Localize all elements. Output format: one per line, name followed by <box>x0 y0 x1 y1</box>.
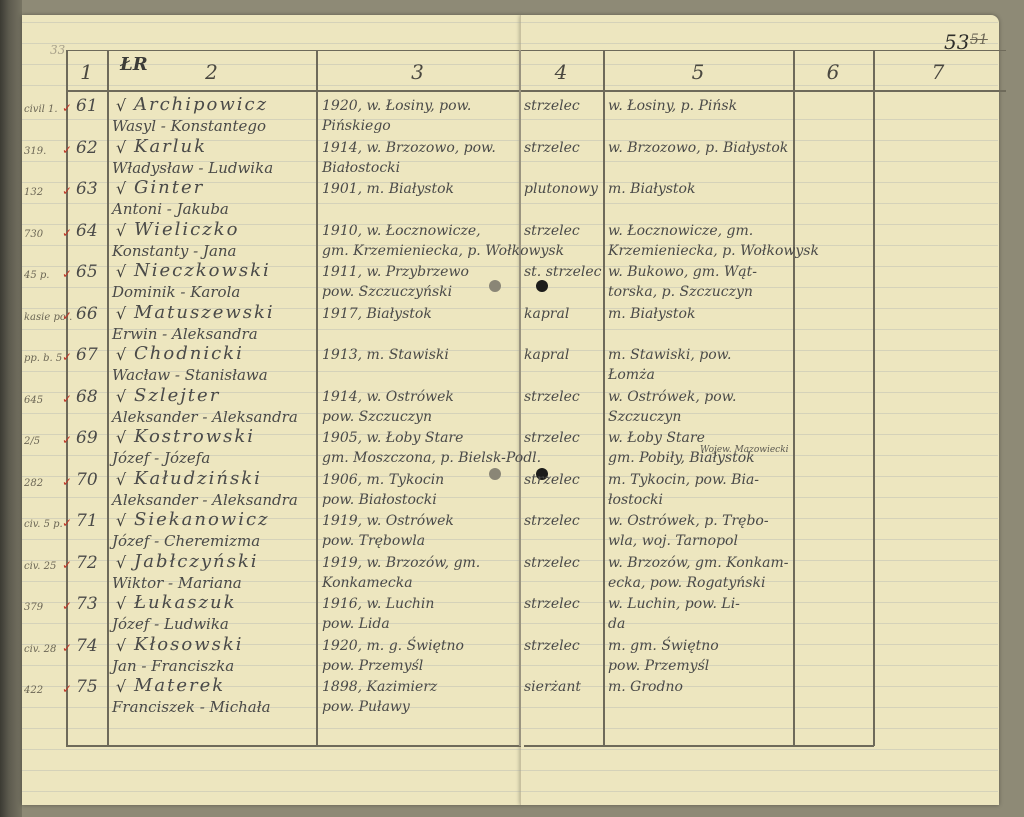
col-divider <box>793 50 795 746</box>
punch-hole <box>489 468 501 480</box>
table-bottom-rule-right <box>524 745 874 747</box>
entry-number: 64 <box>76 221 98 241</box>
surname: Matuszewski <box>134 303 275 323</box>
military-rank: kapral <box>524 345 569 365</box>
checkmark-icon: √ <box>116 96 126 116</box>
birth-year-place: 1906, m. Tykocin <box>322 470 444 490</box>
address-line-2: wla, woj. Tarnopol <box>608 531 738 551</box>
surname: Siekanowicz <box>134 510 270 530</box>
address-line-1: w. Brzozowo, p. Białystok <box>608 138 788 158</box>
birth-year-place: 1901, m. Białystok <box>322 179 454 199</box>
address-line-1: w. Brzozów, gm. Konkam- <box>608 553 789 573</box>
birth-year-place: 1916, w. Luchin <box>322 594 434 614</box>
col-divider <box>316 50 318 746</box>
address-line-1: m. gm. Świętno <box>608 636 719 656</box>
birth-year-place: 1914, w. Brzozowo, pow. <box>322 138 496 158</box>
birth-year-place: 1920, w. Łosiny, pow. <box>322 96 471 116</box>
birth-district: pow. Przemyśl <box>322 656 423 676</box>
register-annotation: pp. b. 5 <box>24 349 62 369</box>
column-header-2: 2 <box>107 60 316 84</box>
red-tick-icon: ✓ <box>62 430 72 450</box>
address-line-2: łostocki <box>608 490 663 510</box>
military-rank: strzelec <box>524 387 580 407</box>
checkmark-icon: √ <box>116 387 126 407</box>
checkmark-icon: √ <box>116 470 126 490</box>
address-line-2: ecka, pow. Rogatyński <box>608 573 765 593</box>
annotation-superscript: Wojew. Mazowiecki <box>700 440 789 460</box>
address-line-2: Szczuczyn <box>608 407 681 427</box>
column-header-6: 6 <box>793 60 873 84</box>
given-and-father-name: Wasyl - Konstantego <box>112 116 266 136</box>
punch-hole <box>489 280 501 292</box>
birth-district: pow. Białostocki <box>322 490 437 510</box>
red-tick-icon: ✓ <box>62 679 72 699</box>
red-tick-icon: ✓ <box>62 223 72 243</box>
address-line-1: w. Łocznowicze, gm. <box>608 221 753 241</box>
checkmark-icon: √ <box>116 428 126 448</box>
register-annotation: 422 <box>24 681 43 701</box>
birth-year-place: 1919, w. Brzozów, gm. <box>322 553 480 573</box>
surname: Jabłczyński <box>134 552 259 572</box>
address-line-2: Łomża <box>608 365 655 385</box>
birth-year-place: 1914, w. Ostrówek <box>322 387 454 407</box>
address-line-1: m. Białystok <box>608 304 695 324</box>
military-rank: kapral <box>524 304 569 324</box>
checkmark-icon: √ <box>116 677 126 697</box>
birth-district: pow. Szczuczyński <box>322 282 452 302</box>
register-annotation: civ. 28 <box>24 640 56 660</box>
checkmark-icon: √ <box>116 179 126 199</box>
checkmark-icon: √ <box>116 345 126 365</box>
address-line-2: torska, p. Szczuczyn <box>608 282 753 302</box>
address-line-1: m. Stawiski, pow. <box>608 345 731 365</box>
birth-district: Białostocki <box>322 158 400 178</box>
register-annotation: 132 <box>24 183 43 203</box>
entry-number: 69 <box>76 428 98 448</box>
military-rank: strzelec <box>524 636 580 656</box>
military-rank: plutonowy <box>524 179 598 199</box>
address-line-2: da <box>608 614 625 634</box>
birth-year-place: 1911, w. Przybrzewo <box>322 262 469 282</box>
entry-number: 71 <box>76 511 98 531</box>
address-line-2: pow. Przemyśl <box>608 656 709 676</box>
birth-district: gm. Moszczona, p. Bielsk-Podl. <box>322 448 541 468</box>
checkmark-icon: √ <box>116 138 126 158</box>
military-rank: sierżant <box>524 677 581 697</box>
register-annotation: 2/5 <box>24 432 40 452</box>
given-and-father-name: Dominik - Karola <box>112 282 240 302</box>
red-tick-icon: ✓ <box>62 347 72 367</box>
given-and-father-name: Aleksander - Aleksandra <box>112 490 298 510</box>
red-tick-icon: ✓ <box>62 513 72 533</box>
surname: Archipowicz <box>134 95 268 115</box>
given-and-father-name: Aleksander - Aleksandra <box>112 407 298 427</box>
surname: Łukaszuk <box>134 593 237 613</box>
register-annotation: civil 1. <box>24 100 58 120</box>
entry-number: 66 <box>76 304 98 324</box>
register-annotation: 319. <box>24 142 46 162</box>
military-rank: strzelec <box>524 138 580 158</box>
register-annotation: civ. 5 p. <box>24 515 63 535</box>
checkmark-icon: √ <box>116 221 126 241</box>
entry-number: 72 <box>76 553 98 573</box>
register-annotation: 379 <box>24 598 43 618</box>
given-and-father-name: Józef - Cheremizma <box>112 531 260 551</box>
column-header-3: 3 <box>316 60 519 84</box>
given-and-father-name: Józef - Ludwika <box>112 614 229 634</box>
birth-year-place: 1920, m. g. Świętno <box>322 636 464 656</box>
address-line-1: w. Ostrówek, pow. <box>608 387 736 407</box>
table-bottom-rule-left <box>66 745 521 747</box>
checkmark-icon: √ <box>116 511 126 531</box>
military-rank: strzelec <box>524 511 580 531</box>
given-and-father-name: Wacław - Stanisława <box>112 365 268 385</box>
given-and-father-name: Józef - Józefa <box>112 448 210 468</box>
military-rank: strzelec <box>524 553 580 573</box>
red-tick-icon: ✓ <box>62 264 72 284</box>
surname: Kłosowski <box>134 635 244 655</box>
military-rank: strzelec <box>524 221 580 241</box>
entry-number: 74 <box>76 636 98 656</box>
birth-district: pow. Lida <box>322 614 390 634</box>
register-annotation: civ. 25 <box>24 557 56 577</box>
faint-corner-mark: 33 <box>50 40 65 60</box>
address-line-1: m. Grodno <box>608 677 683 697</box>
entry-number: 65 <box>76 262 98 282</box>
given-and-father-name: Konstanty - Jana <box>112 241 237 261</box>
military-rank: strzelec <box>524 594 580 614</box>
military-rank: st. strzelec <box>524 262 601 282</box>
column-header-1: 1 <box>66 60 107 84</box>
red-tick-icon: ✓ <box>62 98 72 118</box>
column-header-7: 7 <box>873 60 1003 84</box>
address-line-1: w. Luchin, pow. Li- <box>608 594 740 614</box>
entry-number: 63 <box>76 179 98 199</box>
column-header-5: 5 <box>603 60 793 84</box>
military-rank: strzelec <box>524 428 580 448</box>
red-tick-icon: ✓ <box>62 181 72 201</box>
address-line-1: w. Ostrówek, p. Trębo- <box>608 511 769 531</box>
birth-year-place: 1905, w. Łoby Stare <box>322 428 463 448</box>
book-binding <box>0 0 22 817</box>
address-line-2: Krzemieniecka, p. Wołkowysk <box>608 241 819 261</box>
header-bottom-rule <box>66 90 1006 92</box>
surname: Kałudziński <box>134 469 262 489</box>
given-and-father-name: Erwin - Aleksandra <box>112 324 258 344</box>
surname: Materek <box>134 676 225 696</box>
register-annotation: 45 p. <box>24 266 49 286</box>
red-tick-icon: ✓ <box>62 596 72 616</box>
page-number-struck: 51 <box>970 32 988 48</box>
address-line-1: m. Białystok <box>608 179 695 199</box>
checkmark-icon: √ <box>116 553 126 573</box>
birth-district: gm. Krzemieniecka, p. Wołkowysk <box>322 241 564 261</box>
birth-district: Pińskiego <box>322 116 391 136</box>
birth-year-place: 1917, Białystok <box>322 304 432 324</box>
surname: Szlejter <box>134 386 220 406</box>
birth-year-place: 1898, Kazimierz <box>322 677 437 697</box>
surname: Karluk <box>134 137 207 157</box>
birth-year-place: 1910, w. Łocznowicze, <box>322 221 481 241</box>
entry-number: 67 <box>76 345 98 365</box>
given-and-father-name: Franciszek - Michała <box>112 697 271 717</box>
address-line-1: w. Łoby Stare <box>608 428 705 448</box>
red-tick-icon: ✓ <box>62 389 72 409</box>
register-annotation: 282 <box>24 474 43 494</box>
entry-number: 70 <box>76 470 98 490</box>
column-header-4: 4 <box>519 60 603 84</box>
surname: Ginter <box>134 178 204 198</box>
address-line-1: w. Bukowo, gm. Wąt- <box>608 262 757 282</box>
birth-district: Konkamecka <box>322 573 413 593</box>
birth-district: pow. Trębowla <box>322 531 425 551</box>
checkmark-icon: √ <box>116 262 126 282</box>
birth-year-place: 1919, w. Ostrówek <box>322 511 454 531</box>
birth-district: pow. Szczuczyn <box>322 407 432 427</box>
address-line-1: m. Tykocin, pow. Bia- <box>608 470 759 490</box>
given-and-father-name: Wiktor - Mariana <box>112 573 242 593</box>
given-and-father-name: Władysław - Ludwika <box>112 158 273 178</box>
entry-number: 68 <box>76 387 98 407</box>
checkmark-icon: √ <box>116 304 126 324</box>
surname: Chodnicki <box>134 344 244 364</box>
col-divider <box>603 50 605 746</box>
register-annotation: 645 <box>24 391 43 411</box>
address-line-1: w. Łosiny, p. Pińsk <box>608 96 737 116</box>
table-top-rule <box>66 50 1006 51</box>
checkmark-icon: √ <box>116 594 126 614</box>
surname: Wieliczko <box>134 220 239 240</box>
entry-number: 75 <box>76 677 98 697</box>
right-page <box>520 15 999 805</box>
col-divider <box>107 50 109 746</box>
military-rank: strzelec <box>524 96 580 116</box>
page-gutter <box>519 50 521 746</box>
red-tick-icon: ✓ <box>62 306 72 326</box>
surname: Nieczkowski <box>134 261 271 281</box>
given-and-father-name: Jan - Franciszka <box>112 656 234 676</box>
birth-district: pow. Puławy <box>322 697 410 717</box>
red-tick-icon: ✓ <box>62 638 72 658</box>
given-and-father-name: Antoni - Jakuba <box>112 199 229 219</box>
register-annotation: 730 <box>24 225 43 245</box>
entry-number: 62 <box>76 138 98 158</box>
red-tick-icon: ✓ <box>62 472 72 492</box>
checkmark-icon: √ <box>116 636 126 656</box>
red-tick-icon: ✓ <box>62 555 72 575</box>
entry-number: 61 <box>76 96 98 116</box>
red-tick-icon: ✓ <box>62 140 72 160</box>
entry-number: 73 <box>76 594 98 614</box>
surname: Kostrowski <box>134 427 255 447</box>
birth-year-place: 1913, m. Stawiski <box>322 345 449 365</box>
col-divider <box>873 50 875 746</box>
military-rank: strzelec <box>524 470 580 490</box>
